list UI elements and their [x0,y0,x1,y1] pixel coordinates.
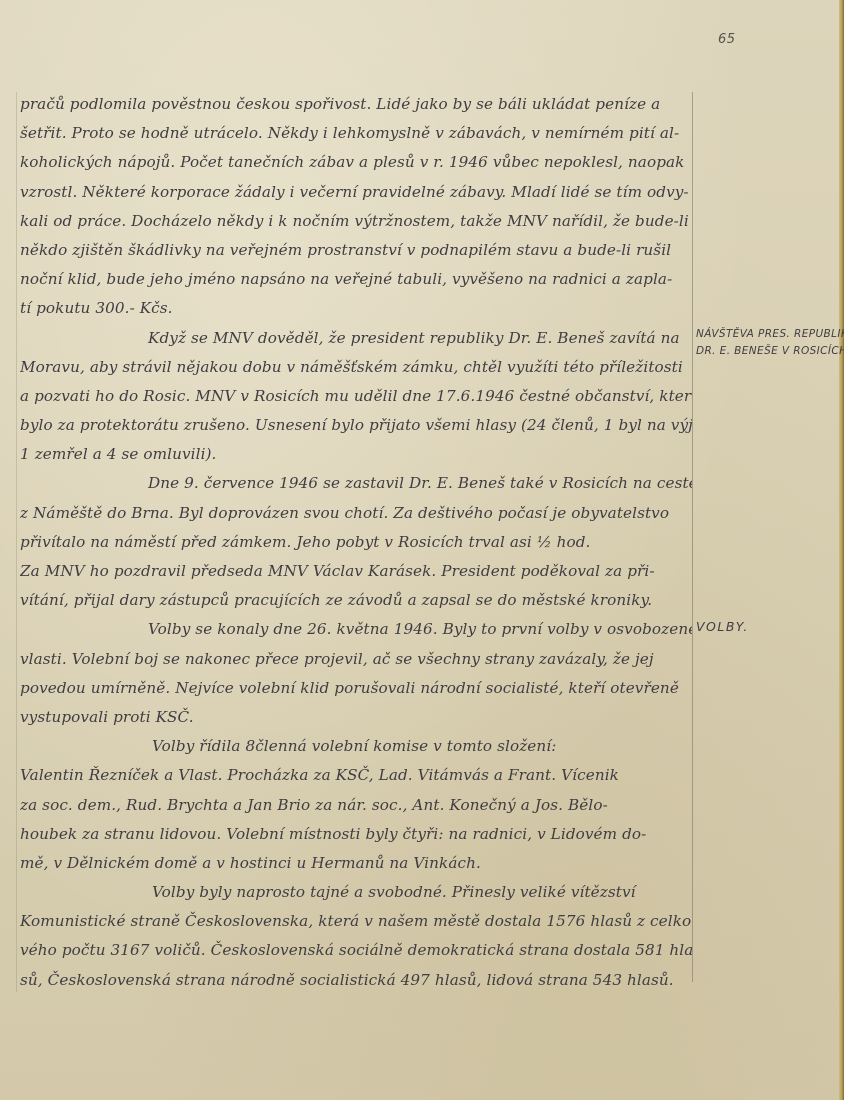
text-line: vého počtu 3167 voličů. Československá s… [20,936,692,965]
margin-note-line: NÁVŠTĚVA PRES. REPUBLIKY [696,326,844,343]
margin-note-elections: VOLBY. [696,618,749,635]
text-line: tí pokutu 300.- Kčs. [20,294,692,323]
text-line: povedou umírněně. Nejvíce volební klid p… [20,674,692,703]
text-line: Za MNV ho pozdravil předseda MNV Václav … [20,557,692,586]
text-line: z Náměště do Brna. Byl doprovázen svou c… [20,499,692,528]
text-line: za soc. dem., Rud. Brychta a Jan Brio za… [20,791,692,820]
text-line: bylo za protektorátu zrušeno. Usnesení b… [20,411,692,440]
text-line: a pozvati ho do Rosic. MNV v Rosicích mu… [20,382,692,411]
paragraph-start-president-visit: Když se MNV dověděl, že president republ… [20,324,692,353]
text-line: Komunistické straně Československa, kter… [20,907,692,936]
text-line: vystupovali proti KSČ. [20,703,692,732]
handwritten-body: pračů podlomila pověstnou českou spořivo… [20,90,692,995]
text-line: vlasti. Volební boj se nakonec přece pro… [20,645,692,674]
paragraph-start-july-visit: Dne 9. července 1946 se zastavil Dr. E. … [20,469,692,498]
text-line: 1 zemřel a 4 se omluvili). [20,440,692,469]
right-margin-rule [692,92,693,982]
margin-note-president-visit: NÁVŠTĚVA PRES. REPUBLIKY DR. E. BENEŠE V… [696,326,844,360]
text-line: pračů podlomila pověstnou českou spořivo… [20,90,692,119]
text-line: přivítalo na náměstí před zámkem. Jeho p… [20,528,692,557]
text-line: Moravu, aby strávil nějakou dobu v náměš… [20,353,692,382]
page-number: 65 [718,32,736,47]
text-line: Valentin Řezníček a Vlast. Procházka za … [20,761,692,790]
page-edge [839,0,844,1100]
text-line: někdo zjištěn škádlivky na veřejném pros… [20,236,692,265]
text-line: vzrostl. Některé korporace žádaly i veče… [20,178,692,207]
margin-note-line: DR. E. BENEŠE V ROSICÍCH. [696,343,844,360]
paragraph-start-results: Volby byly naprosto tajné a svobodné. Př… [20,878,692,907]
text-line: kali od práce. Docházelo někdy i k noční… [20,207,692,236]
left-margin-rule [16,92,17,992]
text-line: mě, v Dělnickém domě a v hostinci u Herm… [20,849,692,878]
text-line: koholických nápojů. Počet tanečních zába… [20,148,692,177]
text-line: noční klid, bude jeho jméno napsáno na v… [20,265,692,294]
text-line: sů, Československá strana národně social… [20,966,692,995]
paragraph-start-elections: Volby se konaly dne 26. května 1946. Byl… [20,615,692,644]
text-line: houbek za stranu lidovou. Volební místno… [20,820,692,849]
text-line: vítání, přijal dary zástupců pracujících… [20,586,692,615]
chronicle-page: 65 pračů podlomila pověstnou českou spoř… [0,0,844,1100]
paragraph-start-commission: Volby řídila 8členná volební komise v to… [20,732,692,761]
text-line: šetřit. Proto se hodně utrácelo. Někdy i… [20,119,692,148]
